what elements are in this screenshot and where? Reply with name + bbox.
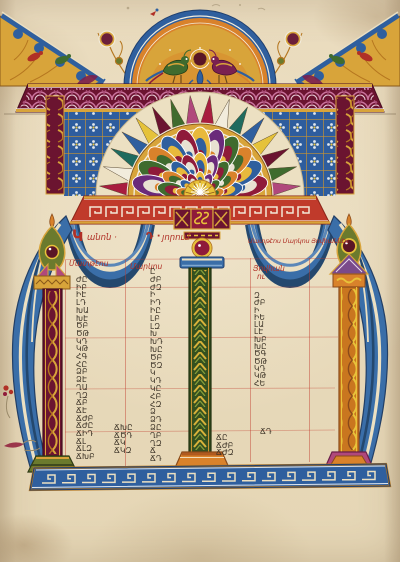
canon-column-matthew-overflow: ՃԽԸՃԾԴՃԿՃԿԶ — [114, 424, 133, 455]
canon-title-initial: Կ — [72, 226, 83, 245]
canon-title-word: անոն · — [87, 233, 117, 243]
canon-column-john-overflow: ՃԴ — [260, 428, 272, 436]
canon-title-middle: յորում — [162, 233, 190, 243]
canon-number: ՃԴ — [260, 428, 272, 436]
canon-title-evangelists: Մատթէոս Մարկոս Յովհաննէս — [248, 237, 349, 245]
canon-number: ՃԿԶ — [114, 447, 133, 455]
canon-column-mark: ԸԺԲԺԶԻԻԴԻԸԼԲԼԶԽԽԴԽԸԾԲԾԶԿԿԴԿԸՀԲՀԶՁՁԴՁԸՂԲՂ… — [150, 268, 163, 463]
canon-number: ՃԴ — [150, 455, 163, 463]
canon-number: ՃԺԶ — [216, 449, 234, 457]
column-header-matthew: Մատթէոս — [69, 260, 108, 268]
canon-column-john: ԶԺԲԻԻԵԼԱԼԷԽԲԽԸԾԳԾԹԿԴԿԹՀԵ — [254, 292, 267, 387]
canon-number: ՃԽԲ — [76, 453, 95, 461]
canon-number: ՀԵ — [254, 380, 267, 387]
manuscript-page: Կ անոն · Դ · յորում Մատթէոս Մարկոս Յովհա… — [0, 0, 400, 562]
canon-column-mark-overflow: ՃԸՃԺԲՃԺԶ — [216, 434, 234, 457]
canon-column-matthew: ԺԸԻԲԻԷԼԴԽԱԽԷԾԲԾԹԿԴԿԹՀԳՀԸՁԲՁԷՂԱՂԶՃԲՃԷՃԺԲՃ… — [76, 276, 95, 461]
canon-title-numeral: Դ · — [146, 231, 161, 242]
column-header-john-line2: ու — [257, 273, 265, 281]
canon-table-text: Կ անոն · Դ · յորում Մատթէոս Մարկոս Յովհա… — [0, 0, 400, 562]
